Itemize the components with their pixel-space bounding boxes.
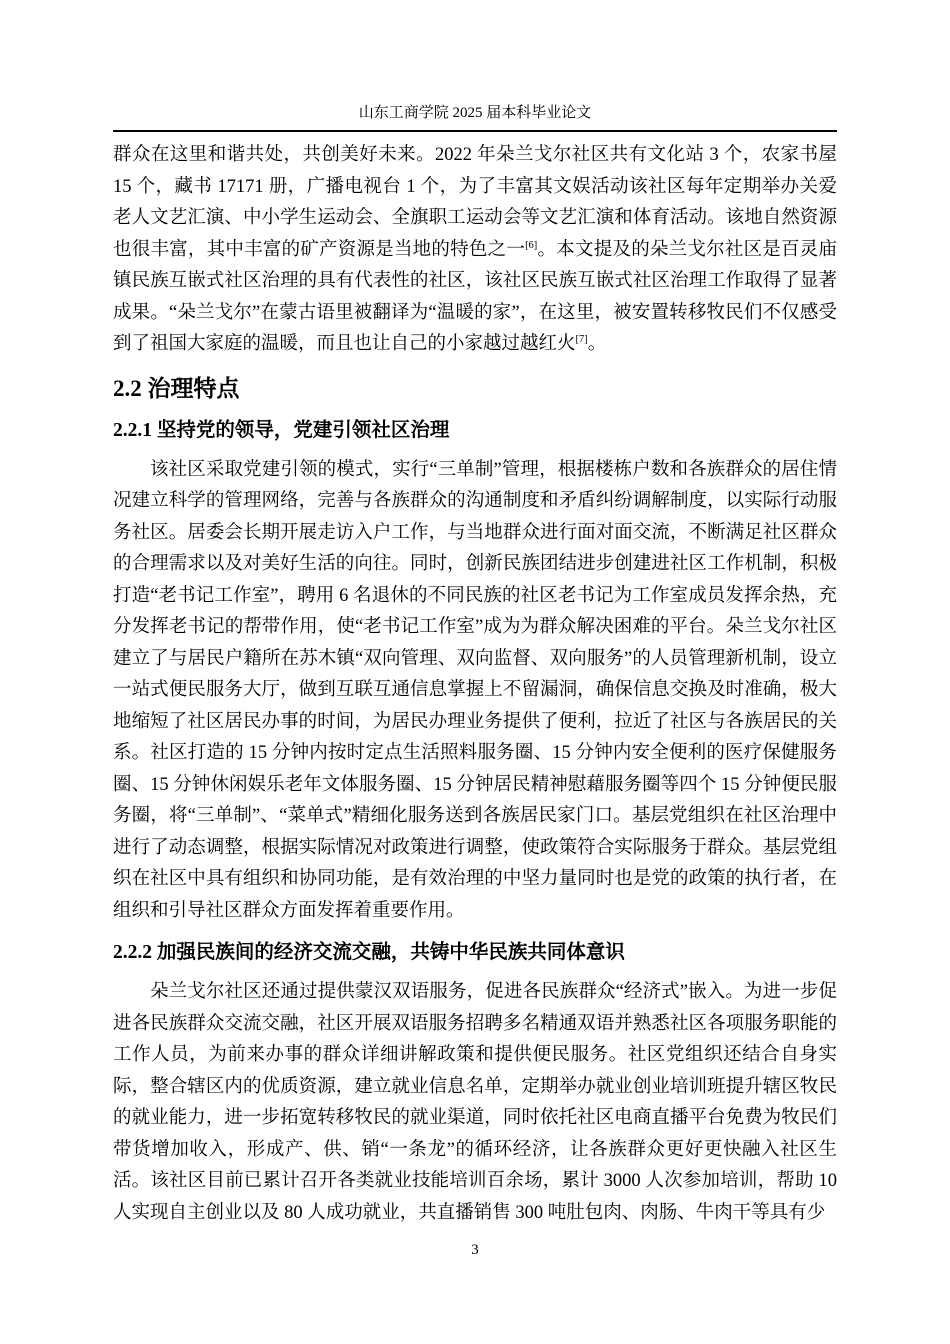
subsection-heading-2-2-1: 2.2.1 坚持党的领导，党建引领社区治理 xyxy=(113,417,837,445)
subsection-heading-2-2-2: 2.2.2 加强民族间的经济交流交融，共铸中华民族共同体意识 xyxy=(113,939,837,967)
page-footer: 3 xyxy=(0,1240,950,1260)
paragraph-economic-exchange: 朵兰戈尔社区还通过提供蒙汉双语服务，促进各民族群众“经济式”嵌入。为进一步促进各… xyxy=(113,977,837,1229)
citation-ref-7: [7] xyxy=(576,334,588,345)
header-title: 山东工商学院 2025 届本科毕业论文 xyxy=(359,105,592,121)
paragraph-community-overview: 群众在这里和谐共处，共创美好未来。2022 年朵兰戈尔社区共有文化站 3 个，农… xyxy=(113,140,837,361)
page-number: 3 xyxy=(471,1242,479,1258)
thesis-body: 群众在这里和谐共处，共创美好未来。2022 年朵兰戈尔社区共有文化站 3 个，农… xyxy=(113,140,837,1229)
citation-ref-6: [6] xyxy=(525,239,537,250)
section-heading-2-2: 2.2 治理特点 xyxy=(113,373,837,405)
paragraph-party-governance: 该社区采取党建引领的模式，实行“三单制”管理，根据楼栋户数和各族群众的居住情况建… xyxy=(113,455,837,928)
thesis-page: 山东工商学院 2025 届本科毕业论文 群众在这里和谐共处，共创美好未来。202… xyxy=(0,0,950,1344)
page-header: 山东工商学院 2025 届本科毕业论文 xyxy=(113,103,837,132)
paragraph-text: 。 xyxy=(588,334,607,354)
